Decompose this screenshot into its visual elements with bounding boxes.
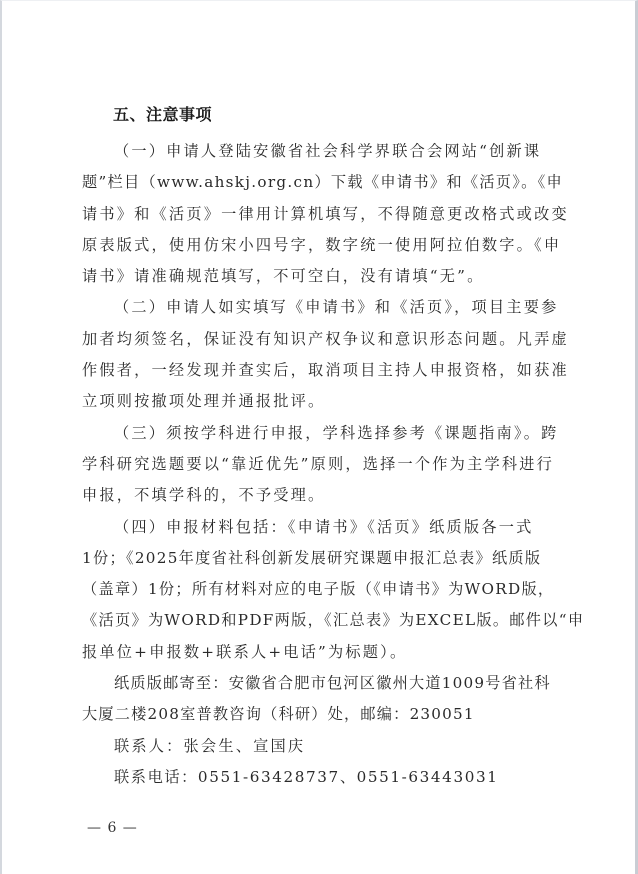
text-line: （盖章）1份；所有材料对应的电子版（《申请书》为WORD版， xyxy=(82,574,564,605)
text-line: 立项则按撤项处理并通报批评。 xyxy=(82,386,564,417)
text-line: 加者均须签名，保证没有知识产权争议和意识形态问题。凡弄虚 xyxy=(82,324,564,355)
paragraph-phones: 联系电话：0551-63428737、0551-63443031 xyxy=(82,762,564,793)
text-line: 纸质版邮寄至：安徽省合肥市包河区徽州大道1009号省社科 xyxy=(82,668,564,699)
text-line: 原表版式，使用仿宋小四号字，数字统一使用阿拉伯数字。《申 xyxy=(82,230,564,261)
page-number: — 6 — xyxy=(87,820,138,836)
text-line: 请书》和《活页》一律用计算机填写，不得随意更改格式或改变 xyxy=(82,199,564,230)
paragraph-item-2: （二）申请人如实填写《申请书》和《活页》，项目主要参 加者均须签名，保证没有知识… xyxy=(82,292,564,417)
text-line: 申报，不填学科的，不予受理。 xyxy=(82,480,564,511)
paragraph-item-3: （三）须按学科进行申报，学科选择参考《课题指南》。跨 学科研究选题要以“靠近优先… xyxy=(82,418,564,512)
text-line: 请书》请准确规范填写，不可空白，没有请填“无”。 xyxy=(82,261,564,292)
text-line: （三）须按学科进行申报，学科选择参考《课题指南》。跨 xyxy=(82,418,564,449)
text-line: 报单位+申报数+联系人+电话”为标题）。 xyxy=(82,637,564,668)
paragraph-item-1: （一）申请人登陆安徽省社会科学界联合会网站“创新课 题”栏目（www.ahskj… xyxy=(82,136,564,292)
text-line: 联系电话：0551-63428737、0551-63443031 xyxy=(82,762,564,793)
section-heading: 五、注意事项 xyxy=(113,104,212,126)
paragraph-item-4: （四）申报材料包括：《申请书》《活页》纸质版各一式 1份；《2025年度省社科创… xyxy=(82,512,564,668)
text-line: （二）申请人如实填写《申请书》和《活页》，项目主要参 xyxy=(82,292,564,323)
text-line: 作假者，一经发现并查实后，取消项目主持人申报资格，如获准 xyxy=(82,355,564,386)
paragraph-mailing-address: 纸质版邮寄至：安徽省合肥市包河区徽州大道1009号省社科 大厦二楼208室普教咨… xyxy=(82,668,564,731)
text-line: 1份；《2025年度省社科创新发展研究课题申报汇总表》纸质版 xyxy=(82,543,564,574)
text-line: （四）申报材料包括：《申请书》《活页》纸质版各一式 xyxy=(82,512,564,543)
text-line: 《活页》为WORD和PDF两版，《汇总表》为EXCEL版。邮件以“申 xyxy=(82,605,564,636)
text-line: 题”栏目（www.ahskj.org.cn）下载《申请书》和《活页》。《申 xyxy=(82,167,564,198)
text-line: 联系人：张会生、宣国庆 xyxy=(82,731,564,762)
text-line: 大厦二楼208室普教咨询（科研）处，邮编：230051 xyxy=(82,699,564,730)
text-line: 学科研究选题要以“靠近优先”原则，选择一个作为主学科进行 xyxy=(82,449,564,480)
paragraph-contacts: 联系人：张会生、宣国庆 xyxy=(82,731,564,762)
document-body: （一）申请人登陆安徽省社会科学界联合会网站“创新课 题”栏目（www.ahskj… xyxy=(82,136,564,793)
text-line: （一）申请人登陆安徽省社会科学界联合会网站“创新课 xyxy=(82,136,564,167)
document-page: 五、注意事项 （一）申请人登陆安徽省社会科学界联合会网站“创新课 题”栏目（ww… xyxy=(0,0,638,874)
